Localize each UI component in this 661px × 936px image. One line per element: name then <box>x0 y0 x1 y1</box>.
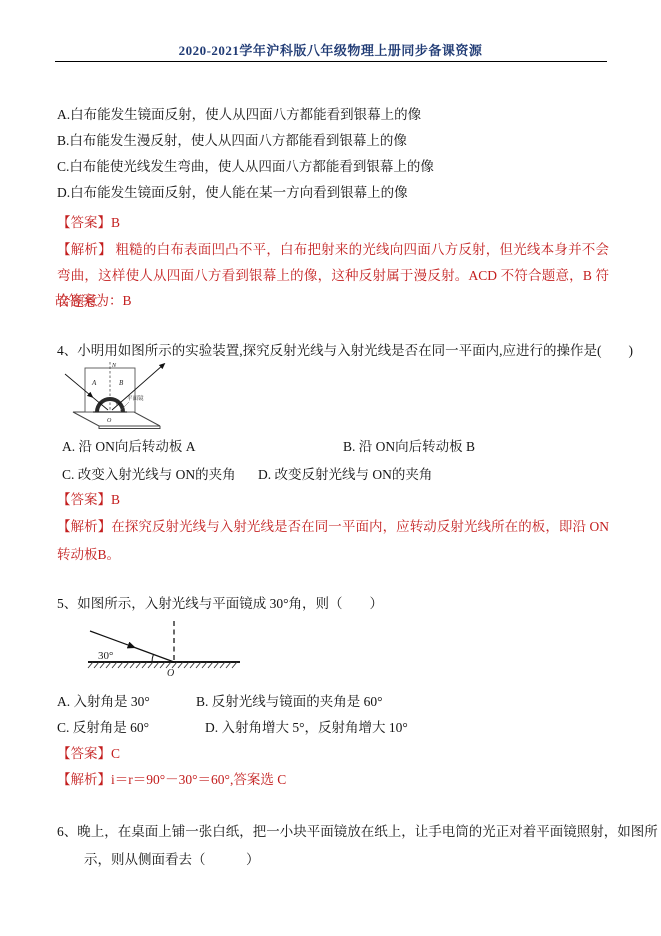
q4-option-b: B. 沿 ON向后转动板 B <box>343 435 475 455</box>
q4-option-a: A. 沿 ON向后转动板 A <box>62 435 196 455</box>
angle-30-label: 30° <box>98 650 113 662</box>
q4-option-c: C. 改变入射光线与 ON的夹角 <box>62 463 236 483</box>
q5-figure-svg: 30° O <box>84 618 244 680</box>
q3-option-d: D.白布能发生镜面反射，使人能在某一方向看到银幕上的像 <box>57 181 408 201</box>
q5-figure-incident-ray: 30° O <box>84 618 244 680</box>
q5-analysis: 【解析】i＝r＝90°－30°＝60°,答案选 C <box>57 768 286 788</box>
q3-option-c: C.白布能使光线发生弯曲，使人从四面八方都能看到银幕上的像 <box>57 155 434 175</box>
q5-option-a: A. 入射角是 30° <box>57 690 150 710</box>
label-board-b: B <box>119 379 124 387</box>
q6-stem-line2: 示，则从侧面看去（ ） <box>84 848 260 868</box>
q4-stem: 4、小明用如图所示的实验装置,探究反射光线与入射光线是否在同一平面内,应进行的操… <box>57 339 633 359</box>
q3-conclusion: 故答案为：B <box>55 289 132 309</box>
q5-option-c: C. 反射角是 60° <box>57 716 149 736</box>
label-board-a: A <box>91 379 97 387</box>
label-o: O <box>107 418 112 424</box>
label-theta: θ <box>116 401 119 407</box>
q3-option-b: B.白布能发生漫反射，使人从四面八方都能看到银幕上的像 <box>57 129 407 149</box>
q4-figure-reflection-apparatus: N A B α θ O 平面镜 <box>63 362 171 432</box>
q3-analysis: 【解析】 粗糙的白布表面凹凸不平，白布把射来的光线向四面八方反射，但光线本身并不… <box>57 237 609 315</box>
q5-option-d: D. 入射角增大 5°，反射角增大 10° <box>205 716 408 736</box>
q5-answer: 【答案】C <box>57 742 120 762</box>
q3-answer: 【答案】B <box>57 211 120 231</box>
point-o-label: O <box>167 668 174 679</box>
header-divider <box>55 61 607 62</box>
q3-option-a: A.白布能发生镜面反射，使人从四面八方都能看到银幕上的像 <box>57 103 421 123</box>
q5-stem: 5、如图所示，入射光线与平面镜成 30°角，则（ ） <box>57 592 383 612</box>
q5-option-b: B. 反射光线与镜面的夹角是 60° <box>196 690 383 710</box>
q4-analysis: 【解析】在探究反射光线与入射光线是否在同一平面内，应转动反射光线所在的板，即沿 … <box>57 513 609 569</box>
label-plane-mirror: 平面镜 <box>127 394 144 402</box>
document-header-title: 2020-2021学年沪科版八年级物理上册同步备课资源 <box>0 40 661 59</box>
q4-answer: 【答案】B <box>57 488 120 508</box>
q4-option-d: D. 改变反射光线与 ON的夹角 <box>258 463 432 483</box>
q6-stem-line1: 6、晚上，在桌面上铺一张白纸，把一小块平面镜放在纸上，让手电筒的光正对着平面镜照… <box>57 820 658 840</box>
worksheet-page: 2020-2021学年沪科版八年级物理上册同步备课资源 A.白布能发生镜面反射，… <box>0 0 661 936</box>
angle-arc <box>152 654 153 662</box>
q4-figure-svg: N A B α θ O 平面镜 <box>63 362 171 432</box>
mirror-base-top <box>73 412 160 426</box>
